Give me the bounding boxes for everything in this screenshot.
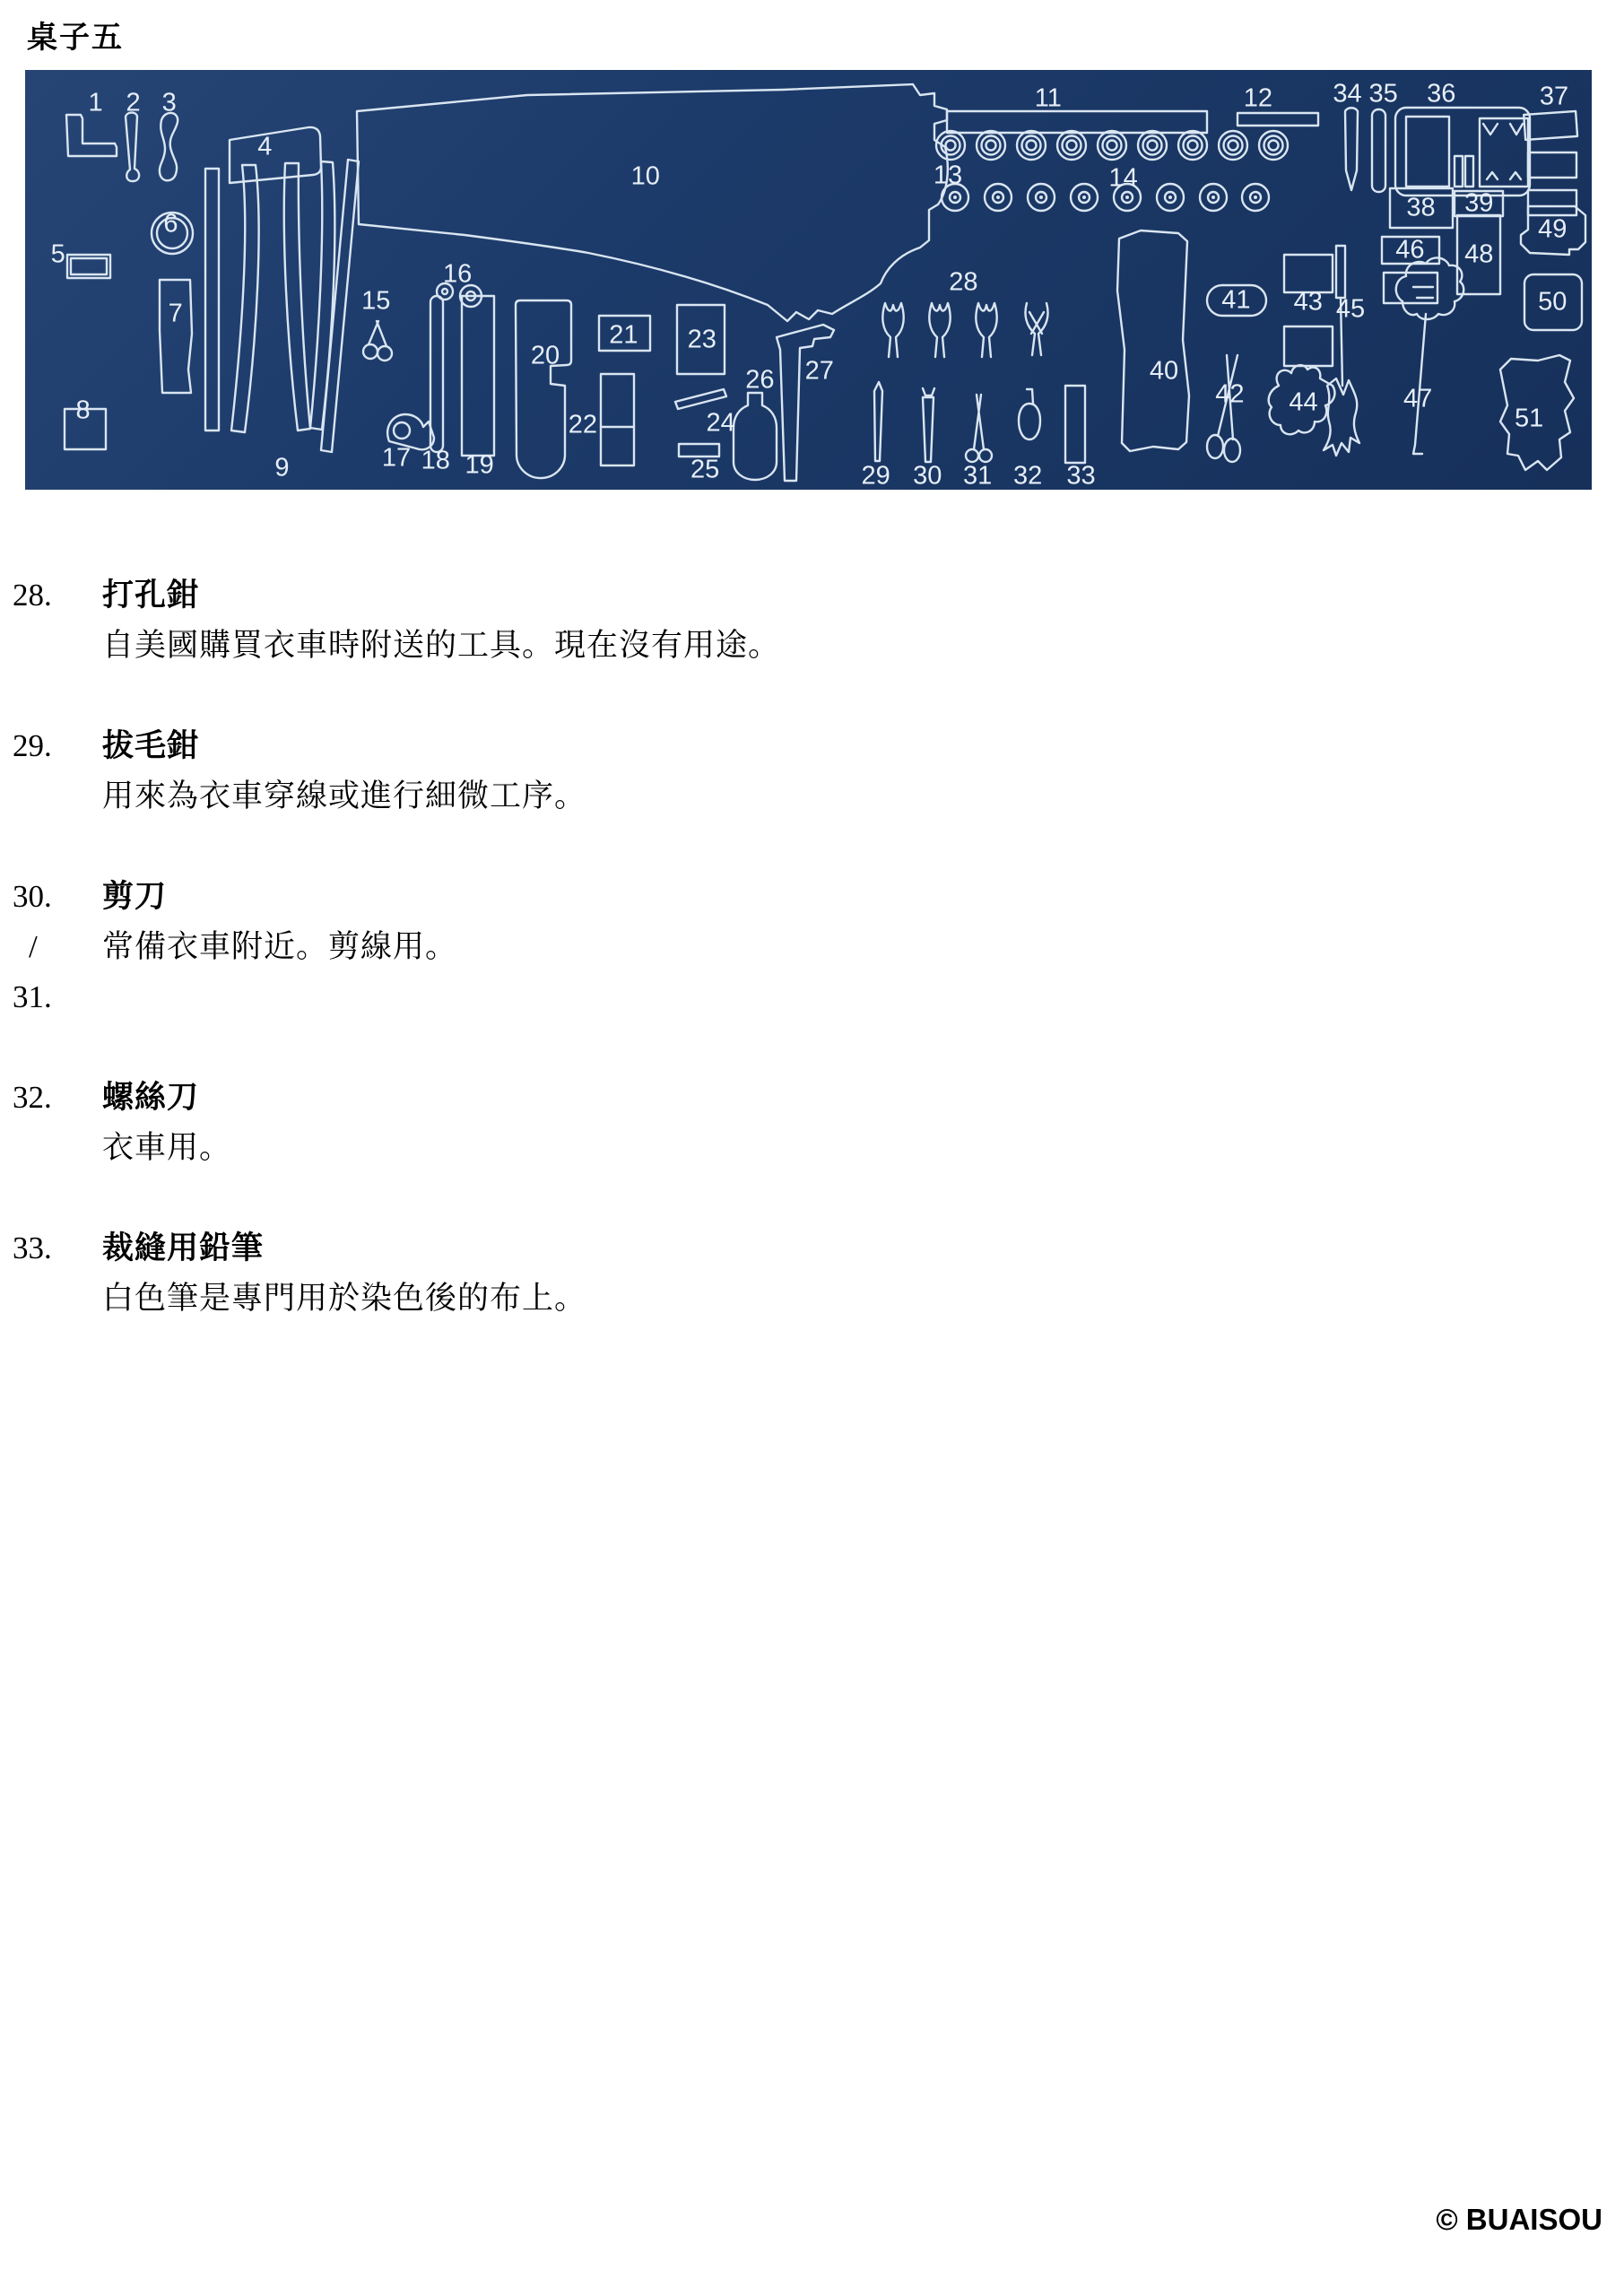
item-32: 32. 螺絲刀 衣車用。 [13, 1073, 1447, 1173]
item-number: 29. [13, 721, 102, 771]
item-slash: / [13, 922, 102, 972]
item-number: 30. [13, 872, 102, 922]
blueprint-label-15: 15 [361, 286, 390, 316]
item-29: 29. 拔毛鉗 用來為衣車穿線或進行細微工序。 [13, 721, 1447, 822]
item-28: 28. 打孔鉗 自美國購買衣車時附送的工具。現在沒有用途。 [13, 570, 1447, 671]
copyright: © BUAISOU [1436, 2203, 1602, 2237]
blueprint-image: 1234567891011121314151617181920212223242… [25, 70, 1592, 490]
blueprint-label-35: 35 [1369, 80, 1398, 109]
blueprint-label-48: 48 [1464, 239, 1493, 269]
blueprint-label-7: 7 [169, 299, 183, 328]
blueprint-label-38: 38 [1406, 193, 1435, 222]
item-desc-row: 白色筆是專門用於染色後的布上。 [13, 1274, 1447, 1324]
blueprint-label-17: 17 [382, 443, 411, 473]
item-description: 衣車用。 [102, 1123, 231, 1173]
blueprint-label-22: 22 [569, 410, 597, 439]
blueprint-label-31: 31 [963, 462, 992, 491]
blueprint-label-44: 44 [1289, 388, 1317, 418]
item-description: 用來為衣車穿線或進行細微工序。 [102, 771, 586, 822]
blueprint-label-41: 41 [1221, 285, 1250, 315]
blueprint-label-45: 45 [1336, 295, 1365, 325]
item-heading-row: 29. 拔毛鉗 [13, 721, 1447, 771]
item-name: 螺絲刀 [102, 1073, 199, 1123]
item-description: 自美國購買衣車時附送的工具。現在沒有用途。 [102, 621, 780, 671]
blueprint-label-4: 4 [257, 133, 272, 162]
blueprint-label-40: 40 [1150, 357, 1178, 387]
item-heading-row: 30. 剪刀 [13, 872, 1447, 922]
blueprint-label-24: 24 [707, 409, 735, 439]
blueprint-label-30: 30 [913, 462, 942, 491]
blueprint-label-14: 14 [1109, 164, 1138, 194]
item-number: 28. [13, 570, 102, 621]
page: 桌子五 [0, 0, 1624, 2296]
blueprint-label-39: 39 [1464, 188, 1493, 218]
blueprint-label-23: 23 [688, 325, 716, 354]
item-number-2: 31. [13, 972, 102, 1022]
page-title: 桌子五 [27, 13, 124, 57]
blueprint-label-50: 50 [1538, 287, 1567, 317]
blueprint-label-5: 5 [51, 239, 65, 269]
blueprint-labels: 1234567891011121314151617181920212223242… [25, 70, 1592, 490]
blueprint-label-6: 6 [163, 210, 178, 239]
item-name: 剪刀 [102, 872, 167, 922]
blueprint-label-21: 21 [609, 320, 638, 350]
item-desc-row: 衣車用。 [13, 1123, 1447, 1173]
item-desc-row: / 常備衣車附近。剪線用。 [13, 922, 1447, 972]
blueprint-label-28: 28 [949, 267, 977, 297]
blueprint-label-27: 27 [805, 357, 834, 387]
blueprint-label-51: 51 [1515, 404, 1543, 433]
blueprint-label-29: 29 [861, 462, 890, 491]
blueprint-label-3: 3 [162, 88, 177, 117]
blueprint-label-47: 47 [1403, 384, 1432, 413]
blueprint-label-2: 2 [126, 88, 140, 117]
item-extra-row: 31. [13, 972, 1447, 1022]
item-number: 33. [13, 1223, 102, 1274]
item-heading-row: 33. 裁縫用鉛筆 [13, 1223, 1447, 1274]
item-desc-row: 自美國購買衣車時附送的工具。現在沒有用途。 [13, 621, 1447, 671]
item-list: 28. 打孔鉗 自美國購買衣車時附送的工具。現在沒有用途。 29. 拔毛鉗 用來… [13, 570, 1447, 1374]
item-name: 打孔鉗 [102, 570, 199, 621]
blueprint-label-36: 36 [1427, 80, 1455, 109]
item-description: 白色筆是專門用於染色後的布上。 [102, 1274, 586, 1324]
blueprint-label-42: 42 [1215, 380, 1244, 410]
blueprint-label-26: 26 [745, 365, 774, 395]
item-30: 30. 剪刀 / 常備衣車附近。剪線用。 31. [13, 872, 1447, 1022]
blueprint-label-9: 9 [274, 454, 289, 483]
item-description: 常備衣車附近。剪線用。 [102, 922, 457, 972]
blueprint-label-10: 10 [631, 161, 660, 191]
blueprint-label-43: 43 [1294, 287, 1323, 317]
blueprint-label-37: 37 [1540, 82, 1568, 111]
item-desc-row: 用來為衣車穿線或進行細微工序。 [13, 771, 1447, 822]
blueprint-label-19: 19 [465, 450, 493, 480]
item-33: 33. 裁縫用鉛筆 白色筆是專門用於染色後的布上。 [13, 1223, 1447, 1324]
blueprint-label-25: 25 [690, 456, 719, 485]
blueprint-label-46: 46 [1395, 235, 1424, 265]
blueprint-label-16: 16 [443, 259, 472, 289]
blueprint-label-18: 18 [421, 447, 450, 476]
blueprint-label-32: 32 [1013, 462, 1042, 491]
item-heading-row: 32. 螺絲刀 [13, 1073, 1447, 1123]
blueprint-label-11: 11 [1035, 83, 1062, 113]
blueprint-label-33: 33 [1066, 462, 1095, 491]
item-name: 裁縫用鉛筆 [102, 1223, 264, 1274]
blueprint-label-34: 34 [1333, 80, 1361, 109]
blueprint-label-1: 1 [89, 88, 103, 117]
item-name: 拔毛鉗 [102, 721, 199, 771]
blueprint-label-49: 49 [1538, 214, 1567, 244]
blueprint-label-12: 12 [1244, 83, 1272, 113]
blueprint-label-20: 20 [531, 342, 560, 371]
item-heading-row: 28. 打孔鉗 [13, 570, 1447, 621]
blueprint-label-13: 13 [934, 161, 962, 190]
blueprint-label-8: 8 [76, 396, 91, 426]
item-number: 32. [13, 1073, 102, 1123]
